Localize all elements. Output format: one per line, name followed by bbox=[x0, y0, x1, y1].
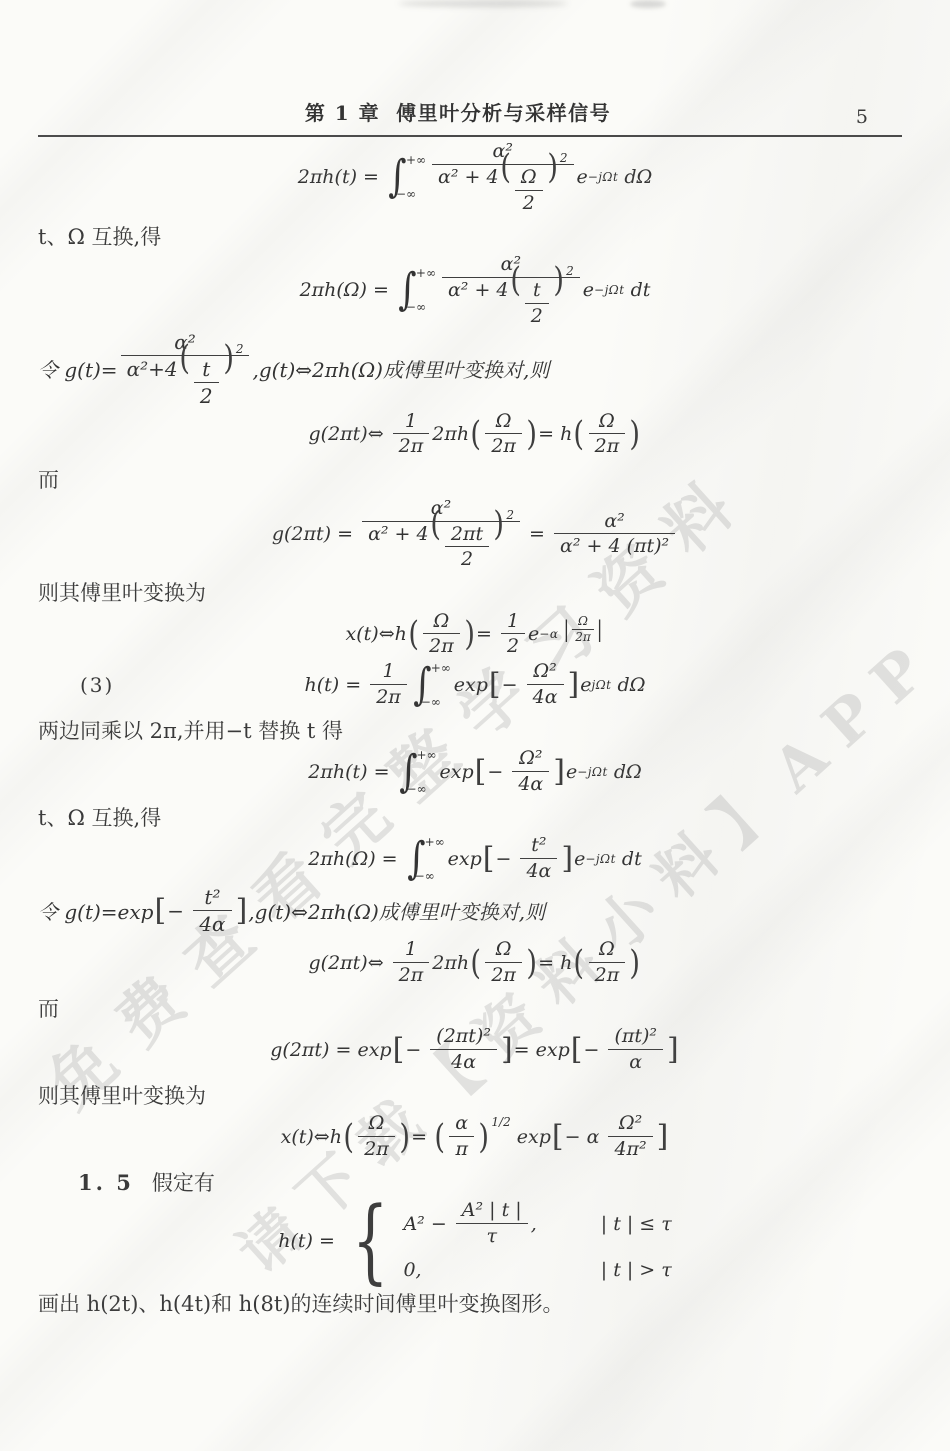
math-token: 12π bbox=[370, 661, 407, 708]
math-token: Ω bbox=[369, 1113, 385, 1134]
math-token: (πt)² bbox=[608, 1026, 663, 1049]
math-token: Ω bbox=[485, 411, 522, 434]
equation-8: 2πh(Ω) = ∫+∞−∞exp[− t²4α]e−jΩt dt bbox=[0, 835, 950, 882]
math-token: A² − A² | t |τ, bbox=[403, 1200, 536, 1247]
math-token: 2πh(Ω) = bbox=[308, 848, 403, 870]
math-token: +∞ bbox=[416, 749, 436, 761]
math-token: Ω² bbox=[512, 748, 549, 771]
math-token: Ω2π bbox=[485, 939, 522, 986]
math-token: 2 bbox=[236, 343, 244, 356]
math-token: Ω bbox=[496, 411, 512, 432]
math-token: +∞−∞ bbox=[416, 749, 436, 795]
equation-9: g(2πt)⇔ 12π2πh(Ω2π)= h(Ω2π) bbox=[0, 939, 950, 986]
page-header: 第 1 章傅里叶分析与采样信号 5 bbox=[0, 0, 950, 135]
math-token: ∫ bbox=[398, 269, 416, 311]
math-token: | t | > τ bbox=[601, 1259, 672, 1281]
section-1-5-heading: 1. 5假定有 bbox=[78, 1170, 950, 1196]
math-token: 2π bbox=[370, 684, 407, 708]
math-token: (2πt)² bbox=[430, 1026, 497, 1049]
math-token: t bbox=[194, 358, 219, 382]
math-token: ∫+∞−∞ bbox=[405, 836, 445, 882]
math-token: e bbox=[580, 674, 591, 696]
math-token: h(t) = bbox=[278, 1230, 341, 1252]
math-token: exp bbox=[440, 761, 474, 783]
math-token: Ω bbox=[589, 411, 626, 434]
math-token: 4α bbox=[199, 913, 225, 935]
math-token: π bbox=[449, 1136, 474, 1160]
math-token: 4α bbox=[526, 861, 551, 882]
math-token: −jΩt bbox=[588, 170, 619, 184]
math-token: τ bbox=[486, 1226, 497, 1247]
math-token: −α bbox=[539, 627, 558, 641]
math-token: −jΩt bbox=[585, 852, 616, 866]
math-token: ∫+∞−∞ bbox=[411, 662, 451, 708]
math-token: Ω² bbox=[527, 661, 564, 684]
math-token: α² + 4(Ω2)2 bbox=[432, 164, 573, 214]
math-token: − bbox=[405, 1039, 427, 1061]
section-title: 假定有 bbox=[152, 1171, 215, 1195]
math-token: t²4α bbox=[520, 835, 557, 882]
math-token: t bbox=[525, 280, 549, 303]
math-token: α² bbox=[554, 511, 675, 534]
math-token: 1 bbox=[507, 611, 519, 632]
math-token: Ω bbox=[589, 939, 626, 962]
math-token: (2πt)²4α bbox=[430, 1026, 497, 1073]
math-token: 2π bbox=[595, 965, 620, 986]
math-token: α² + 4(2πt2)2 bbox=[362, 521, 520, 571]
math-token: 2π bbox=[491, 436, 516, 457]
math-token: x(t)⇔h bbox=[346, 623, 407, 645]
math-token: 0, bbox=[403, 1259, 421, 1281]
math-token: 1/2 bbox=[491, 1115, 510, 1129]
math-token: 4α bbox=[533, 687, 558, 708]
math-token: g(2πt) = bbox=[272, 523, 359, 545]
math-token: dΩ bbox=[618, 166, 652, 188]
math-token: ∫ bbox=[407, 838, 425, 880]
math-token: α²α² + 4 (πt)² bbox=[554, 511, 675, 558]
math-token: A² | t | bbox=[462, 1200, 522, 1221]
math-token: +∞ bbox=[406, 154, 426, 166]
math-token: 4α bbox=[512, 771, 549, 795]
math-token: ,g(t)⇔2πh(Ω)成傅里叶变换对,则 bbox=[252, 354, 549, 383]
math-token: dΩ bbox=[608, 761, 642, 783]
math-token: (2πt)² bbox=[436, 1026, 491, 1047]
math-token: 2 bbox=[515, 190, 543, 214]
math-token: dΩ bbox=[612, 674, 646, 696]
chapter-heading: 第 1 章傅里叶分析与采样信号 bbox=[305, 97, 611, 126]
math-token: 4π² bbox=[608, 1136, 652, 1160]
header-rule bbox=[38, 135, 902, 137]
math-token: α² + 4(t2)2 bbox=[442, 277, 580, 327]
math-token: − α bbox=[565, 1126, 606, 1148]
document-page: 免费查看完整学习资料 请下载【资料小料】APP 第 1 章傅里叶分析与采样信号 … bbox=[0, 0, 950, 1451]
math-token: t² bbox=[193, 886, 231, 910]
math-token: e bbox=[583, 279, 594, 301]
math-token: α bbox=[449, 1113, 474, 1136]
math-token: 12 bbox=[501, 611, 525, 658]
math-token: dt bbox=[625, 279, 651, 301]
math-token: = bbox=[476, 623, 498, 645]
math-token: 2 bbox=[445, 546, 489, 570]
math-token: α² + 4 bbox=[368, 524, 429, 545]
math-token: e bbox=[528, 623, 539, 645]
math-token: t2 bbox=[194, 358, 219, 407]
math-token: t² bbox=[531, 835, 546, 856]
math-token: α bbox=[629, 1052, 642, 1073]
math-token: | bbox=[561, 617, 571, 643]
math-token: α bbox=[608, 1049, 663, 1073]
math-token: Ω² bbox=[533, 661, 556, 682]
math-token: 2π bbox=[399, 436, 424, 457]
math-token: 2 bbox=[523, 193, 535, 214]
math-token: απ bbox=[449, 1113, 474, 1160]
math-token: g(2πt)⇔ bbox=[309, 952, 390, 974]
math-token: α² + 4 (πt)² bbox=[554, 533, 675, 557]
math-token: Ω bbox=[572, 615, 594, 629]
math-token: 4α bbox=[430, 1049, 497, 1073]
math-token: − bbox=[487, 761, 509, 783]
math-token: τ bbox=[456, 1223, 528, 1247]
math-token: 2π bbox=[589, 962, 626, 986]
equation-4: g(2πt) = α²α² + 4(2πt2)2 = α²α² + 4 (πt)… bbox=[0, 498, 950, 571]
chapter-title: 傅里叶分析与采样信号 bbox=[396, 101, 611, 125]
math-token: α²α² + 4(t2)2 bbox=[442, 254, 580, 327]
page-content: 第 1 章傅里叶分析与采样信号 5 2πh(t) = ∫+∞−∞α²α² + 4… bbox=[0, 0, 950, 1317]
equation-6: h(t) = 12π∫+∞−∞exp[− Ω²4α]ejΩt dΩ bbox=[0, 661, 950, 708]
math-token: 2π bbox=[364, 1139, 389, 1160]
math-token: A² − A² | t |τ,| t | ≤ τ0,| t | > τ bbox=[403, 1200, 671, 1281]
math-token: exp bbox=[454, 674, 488, 696]
math-token: 2π bbox=[429, 636, 454, 657]
math-token: Ω2π bbox=[589, 411, 626, 458]
math-token: 1 bbox=[393, 939, 430, 962]
math-token: 2π bbox=[572, 629, 594, 644]
equation-3: g(2πt)⇔ 12π2πh(Ω2π)= h(Ω2π) bbox=[0, 411, 950, 458]
math-token: ∫+∞−∞ bbox=[396, 267, 436, 313]
math-token: Ω²4α bbox=[527, 661, 564, 708]
math-token: 2πh(Ω) = bbox=[300, 279, 395, 301]
math-token: 4α bbox=[520, 858, 557, 882]
section-number: 1. 5 bbox=[78, 1170, 134, 1195]
paragraph-and-1: 而 bbox=[38, 467, 950, 493]
math-token: A² | t | bbox=[456, 1200, 528, 1223]
math-token: Ω2π bbox=[485, 411, 522, 458]
math-token: 2πt bbox=[451, 524, 483, 545]
math-token: 2π bbox=[376, 687, 401, 708]
math-token: Ω bbox=[485, 939, 522, 962]
equation-5: x(t)⇔h(Ω2π)= 12e−α|Ω2π| bbox=[0, 611, 950, 658]
math-token: dt bbox=[616, 848, 642, 870]
math-token: 2 bbox=[507, 636, 519, 657]
math-token: 2 bbox=[525, 303, 549, 327]
paragraph-let-g-1: 令 g(t)=α²α²+4(t2)2,g(t)⇔2πh(Ω)成傅里叶变换对,则 bbox=[0, 331, 950, 407]
math-token: Ω2π bbox=[358, 1113, 395, 1160]
math-token: 2πh bbox=[432, 423, 469, 445]
math-token: α²α² + 4(Ω2)2 bbox=[432, 141, 573, 214]
math-token: 2 bbox=[194, 382, 219, 407]
math-token: Ω2 bbox=[515, 167, 543, 214]
paragraph-swap-1: t、Ω 互换,得 bbox=[38, 224, 950, 250]
math-token: ∫+∞−∞ bbox=[397, 749, 437, 795]
math-token: t bbox=[202, 358, 210, 380]
math-token: −jΩt bbox=[577, 765, 608, 779]
math-token: − bbox=[495, 848, 517, 870]
math-token: = bbox=[411, 1126, 433, 1148]
math-token: h(t) = bbox=[305, 674, 368, 696]
paragraph-then-1: 则其傅里叶变换为 bbox=[38, 580, 950, 606]
math-token: | t | > τ bbox=[601, 1259, 672, 1281]
math-token: 2π bbox=[423, 633, 460, 657]
math-token: 2π bbox=[485, 433, 522, 457]
math-token: Ω² bbox=[619, 1113, 642, 1134]
math-token: Ω bbox=[599, 939, 615, 960]
math-token: 0, bbox=[403, 1259, 421, 1281]
math-token: t² bbox=[204, 886, 220, 908]
chapter-number: 第 1 章 bbox=[305, 101, 380, 125]
math-token: 2πh bbox=[432, 952, 469, 974]
math-token: α²+4(t2)2 bbox=[121, 355, 250, 407]
math-token: Ω bbox=[496, 939, 512, 960]
equation-2: 2πh(Ω) = ∫+∞−∞α²α² + 4(t2)2e−jΩt dt bbox=[0, 254, 950, 327]
math-token: jΩt bbox=[592, 678, 612, 692]
math-token: α²+4 bbox=[127, 358, 178, 380]
equation-11: x(t)⇔h(Ω2π)= (απ)1/2 exp[− α Ω²4π²] bbox=[0, 1113, 950, 1160]
math-token: α² + 4 bbox=[438, 167, 499, 188]
math-token: 2 bbox=[200, 385, 213, 407]
math-token: α²α²+4(t2)2 bbox=[121, 331, 250, 407]
math-token: +∞−∞ bbox=[425, 836, 445, 882]
math-token: − bbox=[167, 899, 190, 923]
math-token: +∞ bbox=[416, 267, 436, 279]
math-token: = bbox=[523, 523, 551, 545]
math-token: e bbox=[566, 761, 577, 783]
equation-7: 2πh(t) = ∫+∞−∞exp[− Ω²4α]e−jΩt dΩ bbox=[0, 748, 950, 795]
math-token: 2π bbox=[575, 631, 591, 644]
math-token: 2πt bbox=[445, 524, 489, 547]
math-token: 2πt2 bbox=[445, 524, 489, 571]
math-token: Ω bbox=[515, 167, 543, 190]
math-token: 2π bbox=[399, 965, 424, 986]
math-token: 2π bbox=[358, 1136, 395, 1160]
math-token: +∞ bbox=[425, 836, 445, 848]
math-token: exp bbox=[448, 848, 482, 870]
paragraph-and-2: 而 bbox=[38, 996, 950, 1022]
equation-1: 2πh(t) = ∫+∞−∞α²α² + 4(Ω2)2e−jΩt dΩ bbox=[0, 141, 950, 214]
math-token: Ω²4α bbox=[512, 748, 549, 795]
math-token: t bbox=[533, 280, 541, 301]
math-token: | t | ≤ τ bbox=[601, 1213, 672, 1235]
math-token: 2π bbox=[595, 436, 620, 457]
math-token: Ω bbox=[599, 411, 615, 432]
math-token: 4α bbox=[527, 684, 564, 708]
math-token: 4π² bbox=[614, 1139, 646, 1160]
math-token: 1 bbox=[370, 661, 407, 684]
math-token: Ω2π bbox=[423, 611, 460, 658]
math-token: 2π bbox=[589, 433, 626, 457]
math-token: 4α bbox=[451, 1052, 476, 1073]
item-label-3: (3) bbox=[80, 673, 114, 697]
math-token: A² | t |τ bbox=[456, 1200, 528, 1247]
math-token: ∫ bbox=[399, 751, 417, 793]
math-token: Ω² bbox=[519, 748, 542, 769]
math-token: α² bbox=[604, 511, 624, 532]
math-token: g(2πt) = exp bbox=[270, 1039, 391, 1061]
math-token: Ω bbox=[521, 167, 537, 188]
math-token: +∞−∞ bbox=[416, 267, 436, 313]
math-token: 令 g(t)=exp bbox=[38, 896, 153, 925]
math-token: α² + 4 (πt)² bbox=[560, 536, 669, 557]
math-token: ,g(t)⇔2πh(Ω)成傅里叶变换对,则 bbox=[248, 896, 545, 925]
math-token: 2 bbox=[506, 509, 514, 522]
math-token: (πt)²α bbox=[608, 1026, 663, 1073]
paragraph-draw: 画出 h(2t)、h(4t)和 h(8t)的连续时间傅里叶变换图形。 bbox=[38, 1291, 950, 1317]
math-token: = exp bbox=[514, 1039, 570, 1061]
math-token: e bbox=[577, 166, 588, 188]
math-token: α²α² + 4(2πt2)2 bbox=[362, 498, 520, 571]
math-token: Ω2π bbox=[572, 615, 594, 644]
paragraph-swap-2: t、Ω 互换,得 bbox=[38, 805, 950, 831]
math-token: , bbox=[531, 1213, 537, 1235]
math-token: {A² − A² | t |τ,| t | ≤ τ0,| t | > τ bbox=[341, 1200, 672, 1281]
math-token: |Ω2π| bbox=[561, 615, 604, 644]
math-token: − bbox=[583, 1039, 605, 1061]
math-token: Ω² bbox=[608, 1113, 652, 1136]
paragraph-multiply: 两边同乘以 2π,并用−t 替换 t 得 bbox=[38, 718, 950, 744]
math-token: α² + 4 bbox=[448, 280, 509, 301]
math-token: 12π bbox=[393, 939, 430, 986]
math-token: π bbox=[455, 1139, 468, 1160]
math-token: 2π bbox=[491, 965, 516, 986]
math-token: = h bbox=[538, 952, 572, 974]
equation-6-row: (3) h(t) = 12π∫+∞−∞exp[− Ω²4α]ejΩt dΩ bbox=[0, 661, 950, 708]
math-token: Ω bbox=[434, 611, 450, 632]
math-token: 2π bbox=[393, 433, 430, 457]
math-token: 1 bbox=[382, 661, 394, 682]
math-token: 4α bbox=[193, 910, 231, 935]
math-token: { bbox=[352, 1204, 388, 1278]
math-token: ∫ bbox=[388, 156, 406, 198]
math-token: 令 g(t)= bbox=[38, 354, 118, 383]
math-token: +∞ bbox=[431, 662, 451, 674]
math-token: α bbox=[455, 1113, 468, 1134]
math-token: 2π bbox=[485, 962, 522, 986]
math-token: +∞−∞ bbox=[406, 154, 426, 200]
math-token: Ω2π bbox=[589, 939, 626, 986]
math-token: exp bbox=[511, 1126, 551, 1148]
math-token: Ω²4π² bbox=[608, 1113, 652, 1160]
math-token: 1 bbox=[393, 411, 430, 434]
math-token: 1 bbox=[405, 939, 417, 960]
math-token: g(2πt)⇔ bbox=[309, 423, 390, 445]
math-token: t²4α bbox=[193, 886, 231, 935]
math-token: 2 bbox=[461, 549, 473, 570]
math-token: e bbox=[574, 848, 585, 870]
math-token: 2π bbox=[393, 962, 430, 986]
math-token: Ω bbox=[358, 1113, 395, 1136]
math-token: (πt)² bbox=[614, 1026, 657, 1047]
math-token: = h bbox=[538, 423, 572, 445]
math-token: 1 bbox=[501, 611, 525, 634]
math-token: t2 bbox=[525, 280, 549, 327]
paragraph-let-g-2: 令 g(t)=exp[− t²4α],g(t)⇔2πh(Ω)成傅里叶变换对,则 bbox=[0, 886, 950, 935]
math-token: +∞−∞ bbox=[431, 662, 451, 708]
math-token: x(t)⇔h bbox=[281, 1126, 342, 1148]
math-token: −jΩt bbox=[594, 283, 625, 297]
math-token: ∫+∞−∞ bbox=[386, 154, 426, 200]
page-number: 5 bbox=[856, 106, 868, 128]
math-token: Ω bbox=[578, 615, 588, 628]
paragraph-then-2: 则其傅里叶变换为 bbox=[38, 1083, 950, 1109]
math-token: 4α bbox=[518, 774, 543, 795]
math-token: Ω bbox=[423, 611, 460, 634]
math-token: | bbox=[595, 617, 605, 643]
math-token: 2 bbox=[560, 152, 568, 165]
math-token: 2 bbox=[501, 633, 525, 657]
math-token: t² bbox=[520, 835, 557, 858]
math-token: | t | ≤ τ bbox=[601, 1213, 672, 1235]
math-token: 2πh(t) = bbox=[308, 761, 395, 783]
math-token: ∫ bbox=[413, 664, 431, 706]
math-token: A² − bbox=[403, 1213, 452, 1235]
math-token: − bbox=[502, 674, 524, 696]
math-token: 2 bbox=[531, 306, 543, 327]
math-token: 2 bbox=[566, 265, 574, 278]
equation-12: h(t) = {A² − A² | t |τ,| t | ≤ τ0,| t | … bbox=[0, 1200, 950, 1281]
math-token: 1 bbox=[405, 411, 417, 432]
equation-10: g(2πt) = exp[− (2πt)²4α]= exp[− (πt)²α] bbox=[0, 1026, 950, 1073]
math-token: 2πh(t) = bbox=[298, 166, 385, 188]
math-token: 12π bbox=[393, 411, 430, 458]
